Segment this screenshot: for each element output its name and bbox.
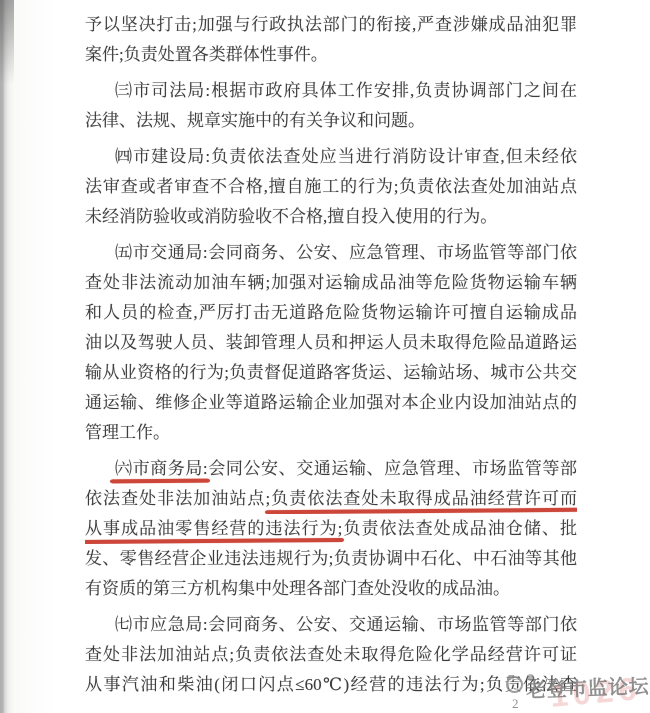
- text-line: 予以坚决打击;加强与行政执法部门的衔接,严查涉嫌成品油犯罪: [85, 10, 577, 40]
- watermark: 1026 老登市监论坛 2: [498, 664, 650, 713]
- text-line: 发、零售经营企业违法违规行为;负责协调中石化、中石油等其他: [85, 544, 577, 574]
- paragraph: 予以坚决打击;加强与行政执法部门的衔接,严查涉嫌成品油犯罪案件;负责处置各类群体…: [85, 10, 577, 70]
- page-number-fragment: 2: [512, 696, 519, 712]
- text-segment: 负责依法查处成品油仓储、批: [342, 519, 577, 538]
- text-line: 从事成品油零售经营的违法行为;负责依法查处成品油仓储、批: [85, 514, 577, 544]
- text-segment: 管理工作。: [85, 423, 170, 442]
- paragraph: ㈢市司法局:根据市政府具体工作安排,负责协调部门之间在法律、法规、规章实施中的有…: [85, 76, 577, 136]
- text-segment: 和人员的检查,严厉打击无道路危险货物运输许可擅自运输成品: [85, 303, 577, 322]
- text-segment: 法律、法规、规章实施中的有关争议和问题。: [85, 111, 425, 130]
- paragraph: ㈣市建设局:负责依法查处应当进行消防设计审查,但未经依法审查或者审查不合格,擅自…: [85, 142, 577, 232]
- page-binding-edge-shadow: [0, 0, 14, 120]
- text-segment: 予以坚决打击;加强与行政执法部门的衔接,严查涉嫌成品油犯罪: [85, 15, 577, 34]
- red-underlined-text: 从事成品油零售经营的违法行为;: [85, 519, 342, 538]
- text-line: 有资质的第三方机构集中处理各部门查处没收的成品油。: [85, 574, 577, 604]
- text-segment: ㈤市交通局:会同商务、公安、应急管理、市场监管等部门依法: [85, 243, 577, 268]
- text-segment: 查处非法流动加油车辆;加强对运输成品油等危险货物运输车辆: [85, 273, 577, 292]
- text-segment: 查处非法加油站点;负责依法查处未取得危险化学品经营许可证: [85, 645, 577, 664]
- text-line: 通运输、维修企业等道路运输企业加强对本企业内设加油站点的: [85, 388, 577, 418]
- text-segment: 通运输、维修企业等道路运输企业加强对本企业内设加油站点的: [85, 393, 577, 412]
- text-line: ㈣市建设局:负责依法查处应当进行消防设计审查,但未经依: [85, 142, 577, 172]
- text-line: 和人员的检查,严厉打击无道路危险货物运输许可擅自运输成品: [85, 298, 577, 328]
- text-segment: ㈢市司法局:根据市政府具体工作安排,负责协调部门之间在: [115, 81, 577, 100]
- text-line: 未经消防验收或消防验收不合格,擅自投入使用的行为。: [85, 202, 577, 232]
- text-line: 依法查处非法加油站点;负责依法查处未取得成品油经营许可而: [85, 484, 577, 514]
- text-line: ㈢市司法局:根据市政府具体工作安排,负责协调部门之间在: [85, 76, 577, 106]
- text-line: 查处非法流动加油车辆;加强对运输成品油等危险货物运输车辆: [85, 268, 577, 298]
- text-segment: ㈦市应急局:会同商务、公安、交通运输、市场监管等部门依法: [85, 615, 577, 640]
- text-line: 法律、法规、规章实施中的有关争议和问题。: [85, 106, 577, 136]
- text-segment: 油以及驾驶人员、装卸管理人员和押运人员未取得危险品道路运: [85, 333, 577, 352]
- text-segment: 发、零售经营企业违法违规行为;负责协调中石化、中石油等其他: [85, 549, 577, 568]
- document-text: 予以坚决打击;加强与行政执法部门的衔接,严查涉嫌成品油犯罪案件;负责处置各类群体…: [85, 10, 577, 706]
- text-line: ㈥市商务局:会同公安、交通运输、应急管理、市场监管等部门: [85, 454, 577, 484]
- text-line: 输从业资格的行为;负责督促道路客货运、运输站场、城市公共交: [85, 358, 577, 388]
- text-segment: 法审查或者审查不合格,擅自施工的行为;负责依法查处加油站点: [85, 177, 577, 196]
- text-line: 案件;负责处置各类群体性事件。: [85, 40, 577, 70]
- text-line: 法审查或者审查不合格,擅自施工的行为;负责依法查处加油站点: [85, 172, 577, 202]
- scanned-document-page: { "colors":{ "underline_red":"#c9372a", …: [0, 0, 650, 713]
- text-segment: 有资质的第三方机构集中处理各部门查处没收的成品油。: [85, 579, 510, 598]
- text-segment: 案件;负责处置各类群体性事件。: [85, 45, 328, 64]
- text-segment: 未经消防验收或消防验收不合格,擅自投入使用的行为。: [85, 207, 497, 226]
- red-underlined-text: ㈥市商务局:: [115, 459, 208, 478]
- text-line: ㈦市应急局:会同商务、公安、交通运输、市场监管等部门依法: [85, 610, 577, 640]
- red-underlined-text: 负责依法查处未取得成品油经营许可而: [270, 489, 577, 508]
- text-line: 管理工作。: [85, 418, 577, 448]
- paragraph: ㈤市交通局:会同商务、公安、应急管理、市场监管等部门依法查处非法流动加油车辆;加…: [85, 238, 577, 448]
- watermark-site-name: 老登市监论坛: [526, 670, 650, 703]
- text-segment: ㈣市建设局:负责依法查处应当进行消防设计审查,但未经依: [115, 147, 577, 166]
- text-line: 油以及驾驶人员、装卸管理人员和押运人员未取得危险品道路运: [85, 328, 577, 358]
- forum-logo-icon: [506, 676, 523, 693]
- text-segment: 输从业资格的行为;负责督促道路客货运、运输站场、城市公共交: [85, 363, 577, 382]
- text-segment: 依法查处非法加油站点;: [85, 489, 270, 508]
- paragraph: ㈥市商务局:会同公安、交通运输、应急管理、市场监管等部门依法查处非法加油站点;负…: [85, 454, 577, 604]
- text-line: ㈤市交通局:会同商务、公安、应急管理、市场监管等部门依法: [85, 238, 577, 268]
